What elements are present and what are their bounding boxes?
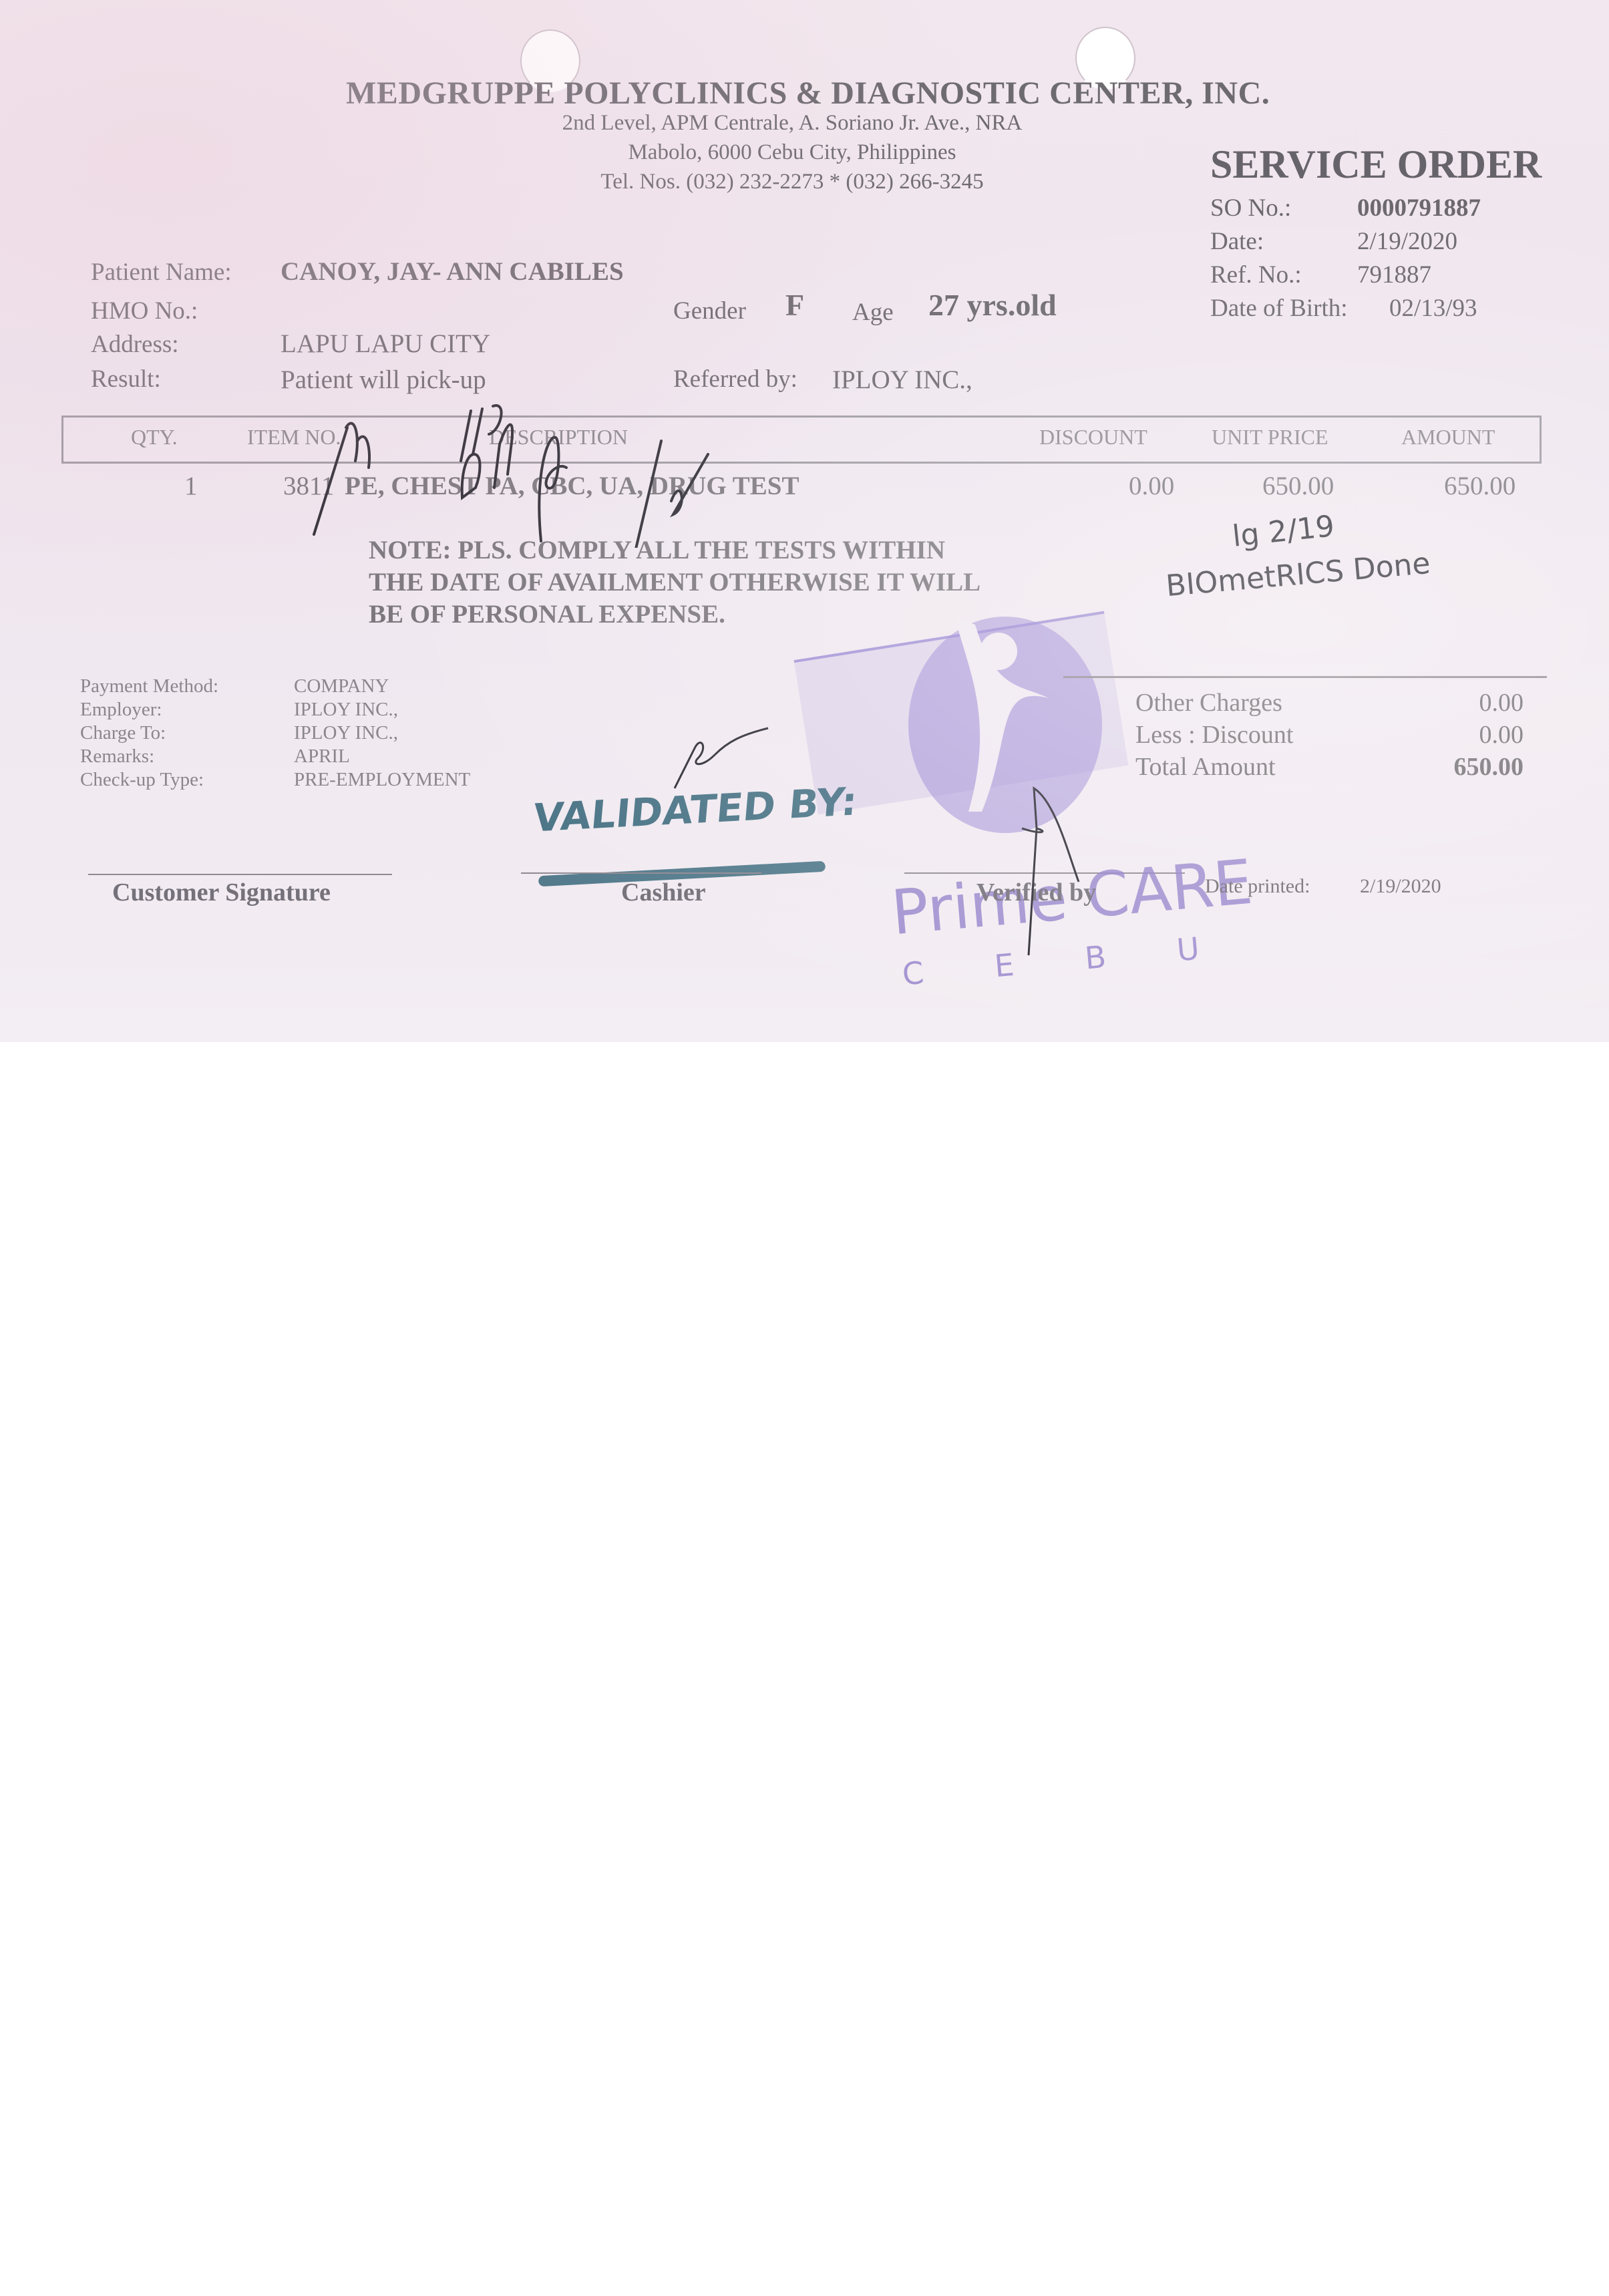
cashier-label: Cashier	[621, 878, 706, 907]
age-label: Age	[852, 298, 894, 327]
col-unit-price: UNIT PRICE	[1212, 425, 1328, 450]
dob-label: Date of Birth:	[1210, 294, 1348, 323]
row-unit-price: 650.00	[1262, 471, 1334, 501]
note-line: THE DATE OF AVAILMENT OTHERWISE IT WILL	[369, 566, 980, 599]
service-order-document: MEDGRUPPE POLYCLINICS & DIAGNOSTIC CENTE…	[0, 0, 1609, 1042]
address-value: LAPU LAPU CITY	[281, 329, 490, 359]
handwritten-signature-marks	[307, 374, 882, 548]
customer-signature-label: Customer Signature	[112, 878, 331, 907]
patient-name-label: Patient Name:	[91, 258, 232, 287]
date-label: Date:	[1210, 227, 1264, 256]
col-amount: AMOUNT	[1401, 425, 1495, 450]
verifier-signature	[1002, 775, 1109, 962]
company-address-line2: Mabolo, 6000 Cebu City, Philippines	[458, 140, 1126, 165]
less-discount-value: 0.00	[1479, 720, 1524, 750]
ref-no-value: 791887	[1357, 261, 1431, 289]
gender-label: Gender	[673, 297, 746, 325]
handwritten-biometrics-note: BIOmetRICS Done	[1165, 546, 1432, 603]
remarks-value: APRIL	[294, 745, 470, 768]
col-discount: DISCOUNT	[1039, 425, 1147, 450]
payment-labels: Payment Method: Employer: Charge To: Rem…	[80, 675, 218, 792]
charge-to-label: Charge To:	[80, 721, 218, 745]
remarks-label: Remarks:	[80, 745, 218, 768]
checkup-type-value: PRE-EMPLOYMENT	[294, 768, 470, 792]
so-no-value: 0000791887	[1357, 194, 1481, 222]
cashier-line	[521, 872, 761, 874]
company-address-line1: 2nd Level, APM Centrale, A. Soriano Jr. …	[458, 111, 1126, 136]
so-no-label: SO No.:	[1210, 194, 1291, 222]
age-value: 27 yrs.old	[928, 287, 1057, 323]
note-line: BE OF PERSONAL EXPENSE.	[369, 599, 980, 631]
gender-value: F	[785, 287, 804, 323]
row-amount: 650.00	[1444, 471, 1515, 501]
less-discount-label: Less : Discount	[1135, 720, 1293, 750]
date-printed-value: 2/19/2020	[1360, 875, 1441, 898]
totals-divider	[1063, 676, 1547, 678]
row-discount: 0.00	[1129, 471, 1174, 501]
payment-method-label: Payment Method:	[80, 675, 218, 698]
payment-values: COMPANY IPLOY INC., IPLOY INC., APRIL PR…	[294, 675, 470, 792]
charge-to-value: IPLOY INC.,	[294, 721, 470, 745]
dob-value: 02/13/93	[1389, 294, 1477, 323]
handwritten-date: lg 2/19	[1231, 509, 1336, 554]
total-amount-value: 650.00	[1454, 752, 1524, 782]
date-printed-label: Date printed:	[1205, 875, 1310, 898]
other-charges-label: Other Charges	[1135, 688, 1282, 717]
employer-label: Employer:	[80, 698, 218, 721]
col-qty: QTY.	[131, 425, 178, 450]
row-qty: 1	[184, 471, 198, 501]
result-label: Result:	[91, 365, 161, 393]
company-name: MEDGRUPPE POLYCLINICS & DIAGNOSTIC CENTE…	[346, 75, 1270, 112]
total-amount-label: Total Amount	[1135, 752, 1276, 782]
other-charges-value: 0.00	[1479, 688, 1524, 717]
cashier-signature	[661, 721, 781, 795]
customer-signature-line	[88, 874, 392, 875]
ref-no-label: Ref. No.:	[1210, 261, 1302, 289]
availment-note: NOTE: PLS. COMPLY ALL THE TESTS WITHIN T…	[369, 534, 980, 631]
company-phone: Tel. Nos. (032) 232-2273 * (032) 266-324…	[458, 170, 1126, 194]
service-order-title: SERVICE ORDER	[1210, 142, 1542, 188]
checkup-type-label: Check-up Type:	[80, 768, 218, 792]
address-label: Address:	[91, 330, 179, 359]
payment-method-value: COMPANY	[294, 675, 470, 698]
hmo-label: HMO No.:	[91, 297, 198, 325]
employer-value: IPLOY INC.,	[294, 698, 470, 721]
date-value: 2/19/2020	[1357, 227, 1457, 256]
patient-name: CANOY, JAY- ANN CABILES	[281, 257, 624, 287]
